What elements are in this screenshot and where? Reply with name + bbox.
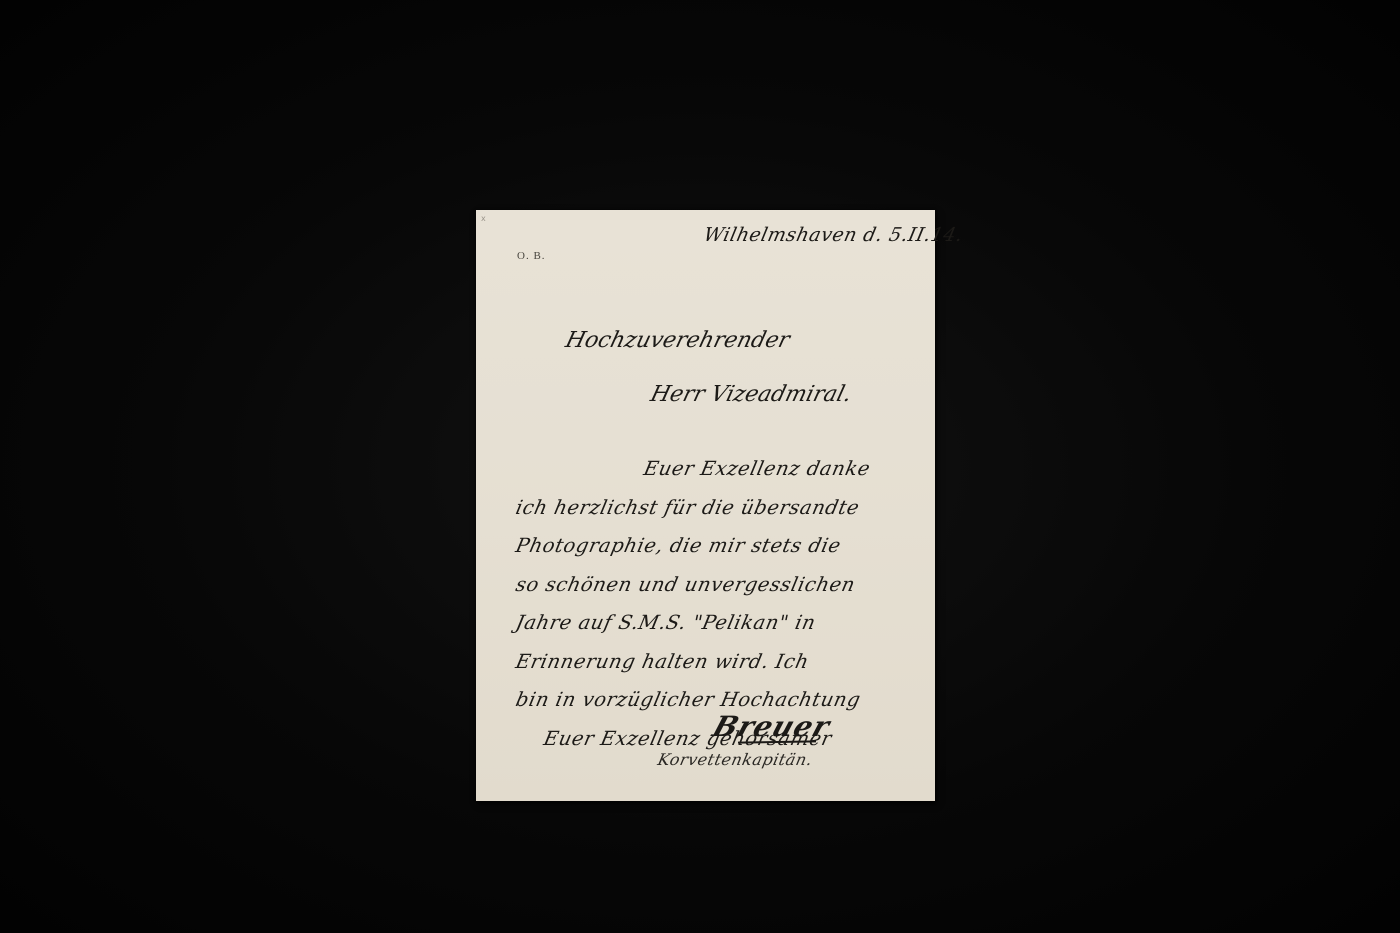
body-line: Jahre auf S.M.S. "Pelikan" in xyxy=(512,604,920,643)
signer-rank: Korvettenkapitän. xyxy=(656,750,814,769)
signature: Breuer xyxy=(709,710,835,743)
body-line: so schönen und unvergesslichen xyxy=(512,566,920,605)
body-line: bin in vorzüglicher Hochachtung xyxy=(512,681,920,720)
body-line: Erinnerung halten wird. Ich xyxy=(512,643,920,682)
pencil-mark: x xyxy=(481,214,486,223)
letter-sheet: x O. B. Wilhelmshaven d. 5.II.14. Hochzu… xyxy=(476,210,935,801)
salutation-line-2: Herr Vizeadmiral. xyxy=(648,382,854,407)
salutation-line-1: Hochzuverehrender xyxy=(563,328,792,353)
body-line: ich herzlichst für die übersandte xyxy=(512,489,920,528)
body-line: Euer Exzellenz danke xyxy=(512,450,920,489)
place-and-date: Wilhelmshaven d. 5.II.14. xyxy=(702,224,965,246)
body-line: Photographie, die mir stets die xyxy=(512,527,920,566)
letterhead-initials: O. B. xyxy=(517,250,546,262)
letter-body: Euer Exzellenz danke ich herzlichst für … xyxy=(516,450,916,758)
